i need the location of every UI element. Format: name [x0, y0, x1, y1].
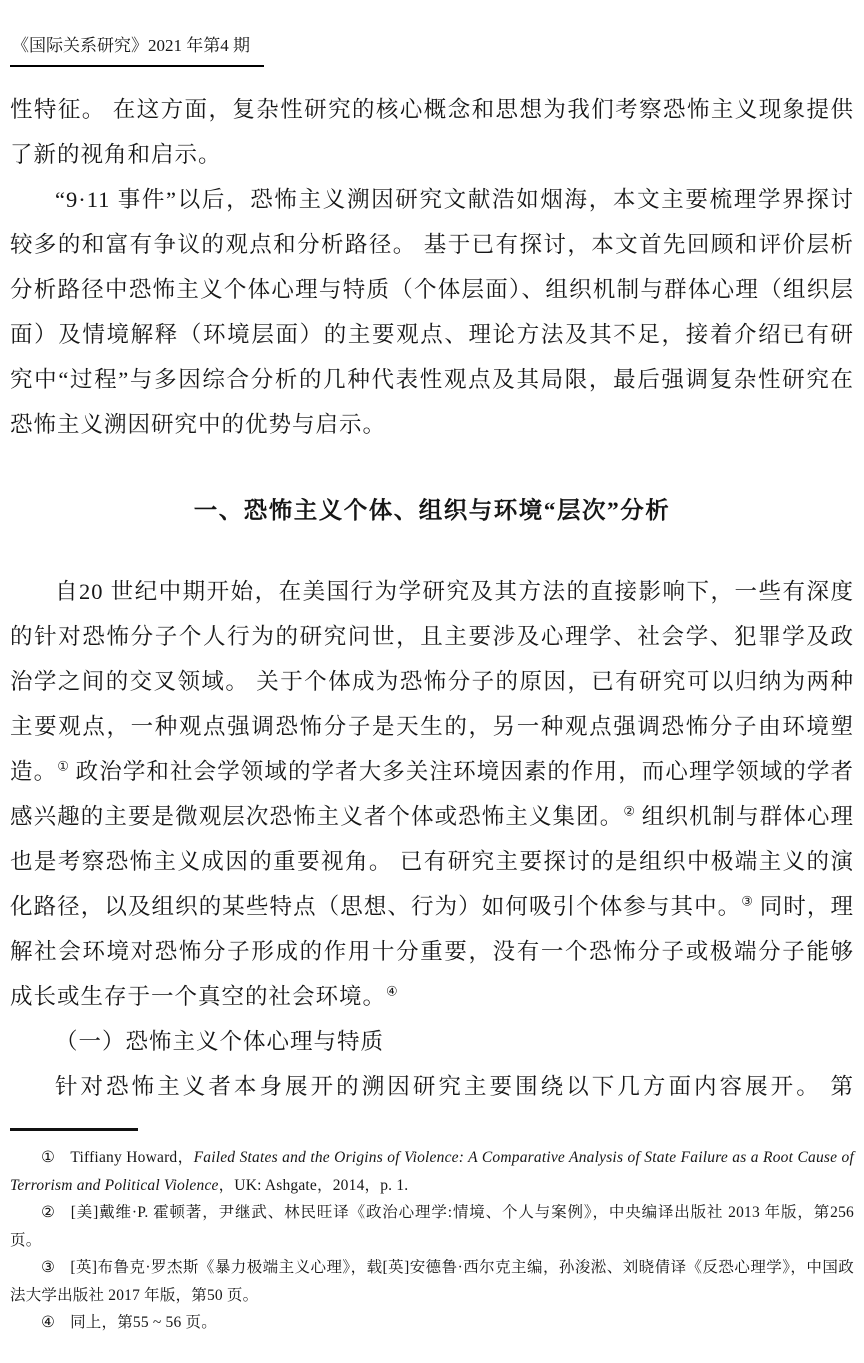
p3-segment-1: 自20 世纪中期开始，在美国行为学研究及其方法的直接影响下，一些有深度的针对恐怖… — [10, 579, 854, 784]
journal-header-text: 《国际关系研究》2021 年第4 期 — [10, 34, 264, 67]
paragraph-overview: “9·11 事件”以后，恐怖主义溯因研究文献浩如烟海，本文主要梳理学界探讨较多的… — [10, 177, 854, 447]
footnote-1-publisher: ，UK: Ashgate，2014，p. 1. — [219, 1177, 409, 1194]
footnote-2: ②[美]戴维·P. 霍顿著，尹继武、林民旺译《政治心理学:情境、个人与案例》，中… — [10, 1199, 854, 1254]
footnote-2-marker: ② — [41, 1204, 56, 1221]
paragraph-individual-traits: 针对恐怖主义者本身展开的溯因研究主要围绕以下几方面内容展开。 第 — [10, 1064, 854, 1109]
footnote-3-marker: ③ — [41, 1259, 55, 1276]
footnote-1-marker: ① — [41, 1149, 55, 1166]
footnote-3-text: [英]布鲁克·罗杰斯《暴力极端主义心理》，载[英]安德鲁·西尔克主编，孙浚淞、刘… — [10, 1259, 854, 1304]
footnote-1-author: Tiffiany Howard， — [70, 1149, 193, 1166]
footnote-4-marker: ④ — [41, 1314, 55, 1331]
paragraph-continuation: 性特征。 在这方面，复杂性研究的核心概念和思想为我们考察恐怖主义现象提供了新的视… — [10, 87, 854, 177]
footnote-ref-1: ① — [57, 759, 69, 774]
footnote-ref-3: ③ — [741, 894, 753, 909]
footnote-1: ①Tiffiany Howard，Failed States and the O… — [10, 1144, 854, 1199]
footnote-4-text: 同上，第55 ~ 56 页。 — [70, 1314, 217, 1331]
journal-page: 《国际关系研究》2021 年第4 期 性特征。 在这方面，复杂性研究的核心概念和… — [0, 0, 864, 1363]
subsection-heading: （一）恐怖主义个体心理与特质 — [10, 1019, 854, 1064]
footnote-ref-2: ② — [623, 804, 635, 819]
section-heading: 一、恐怖主义个体、组织与环境“层次”分析 — [10, 494, 854, 528]
footnote-ref-4: ④ — [386, 984, 398, 999]
footnote-separator — [10, 1128, 138, 1131]
footnote-2-text: [美]戴维·P. 霍顿著，尹继武、林民旺译《政治心理学:情境、个人与案例》，中央… — [10, 1204, 854, 1249]
footnote-3: ③[英]布鲁克·罗杰斯《暴力极端主义心理》，载[英]安德鲁·西尔克主编，孙浚淞、… — [10, 1254, 854, 1309]
article-body: 性特征。 在这方面，复杂性研究的核心概念和思想为我们考察恐怖主义现象提供了新的视… — [10, 87, 854, 1109]
paragraph-levels-analysis: 自20 世纪中期开始，在美国行为学研究及其方法的直接影响下，一些有深度的针对恐怖… — [10, 569, 854, 1019]
journal-header: 《国际关系研究》2021 年第4 期 — [10, 34, 854, 67]
footnote-4: ④同上，第55 ~ 56 页。 — [10, 1309, 854, 1337]
footnotes-section: ①Tiffiany Howard，Failed States and the O… — [10, 1144, 854, 1337]
